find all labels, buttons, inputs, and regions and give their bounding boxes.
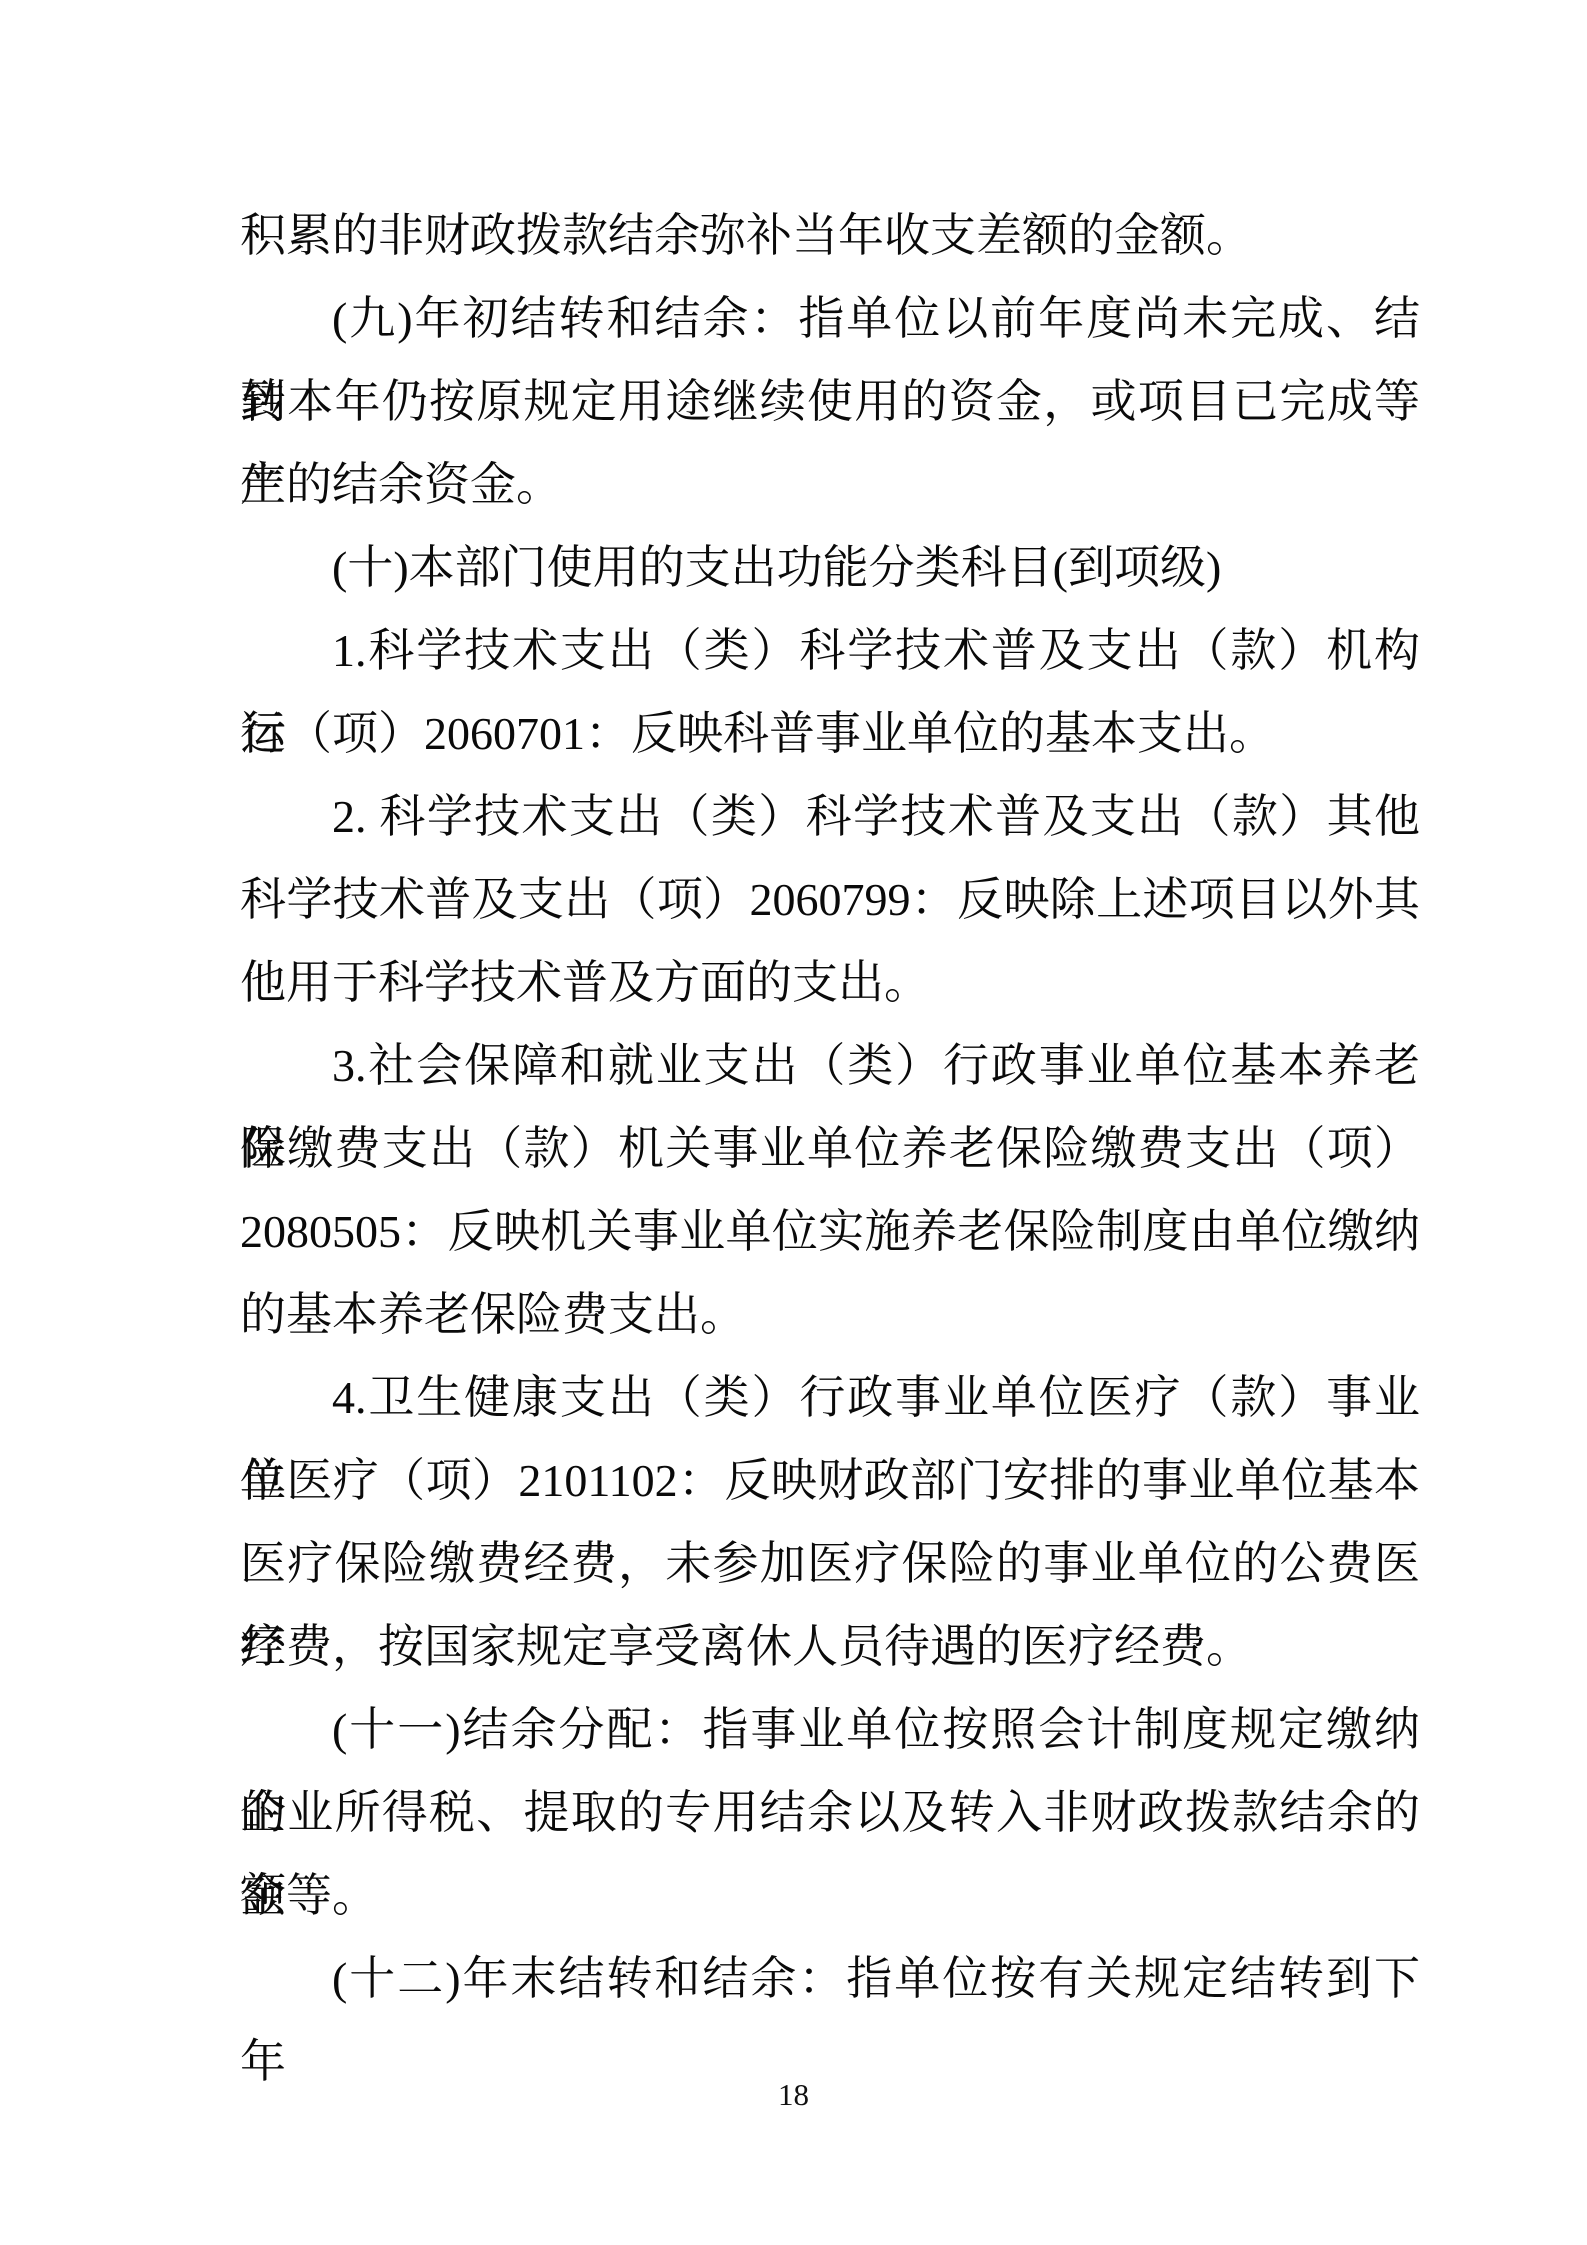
text-line: 险缴费支出（款）机关事业单位养老保险缴费支出（项） <box>240 1107 1420 1190</box>
text-line: 企业所得税、提取的专用结余以及转入非财政拨款结余的金 <box>240 1771 1420 1854</box>
text-line: 到本年仍按原规定用途继续使用的资金，或项目已完成等产 <box>240 360 1420 443</box>
text-line: 行（项）2060701：反映科普事业单位的基本支出。 <box>240 692 1420 775</box>
text-line: (九)年初结转和结余：指单位以前年度尚未完成、结转 <box>240 277 1420 360</box>
text-line: 2080505：反映机关事业单位实施养老保险制度由单位缴纳 <box>240 1190 1420 1273</box>
text-line: 科学技术普及支出（项）2060799：反映除上述项目以外其 <box>240 858 1420 941</box>
text-line: 经费，按国家规定享受离休人员待遇的医疗经费。 <box>240 1605 1420 1688</box>
text-line: (十一)结余分配：指事业单位按照会计制度规定缴纳的 <box>240 1688 1420 1771</box>
text-line: (十)本部门使用的支出功能分类科目(到项级) <box>240 526 1420 609</box>
text-line: 生的结余资金。 <box>240 443 1420 526</box>
text-line: 2. 科学技术支出（类）科学技术普及支出（款）其他 <box>240 775 1420 858</box>
text-line: 额等。 <box>240 1854 1420 1937</box>
text-line: 他用于科学技术普及方面的支出。 <box>240 941 1420 1024</box>
text-line: 积累的非财政拨款结余弥补当年收支差额的金额。 <box>240 194 1420 277</box>
body-text: 积累的非财政拨款结余弥补当年收支差额的金额。 (九)年初结转和结余：指单位以前年… <box>240 194 1420 2020</box>
text-line: 位医疗（项）2101102：反映财政部门安排的事业单位基本 <box>240 1439 1420 1522</box>
text-line: 医疗保险缴费经费，未参加医疗保险的事业单位的公费医疗 <box>240 1522 1420 1605</box>
text-line: 3.社会保障和就业支出（类）行政事业单位基本养老保 <box>240 1024 1420 1107</box>
page-number: 18 <box>0 2078 1587 2112</box>
text-line: 1.科学技术支出（类）科学技术普及支出（款）机构运 <box>240 609 1420 692</box>
text-line: (十二)年末结转和结余：指单位按有关规定结转到下年 <box>240 1937 1420 2020</box>
text-line: 4.卫生健康支出（类）行政事业单位医疗（款）事业单 <box>240 1356 1420 1439</box>
document-page: 积累的非财政拨款结余弥补当年收支差额的金额。 (九)年初结转和结余：指单位以前年… <box>0 0 1587 2245</box>
text-line: 的基本养老保险费支出。 <box>240 1273 1420 1356</box>
